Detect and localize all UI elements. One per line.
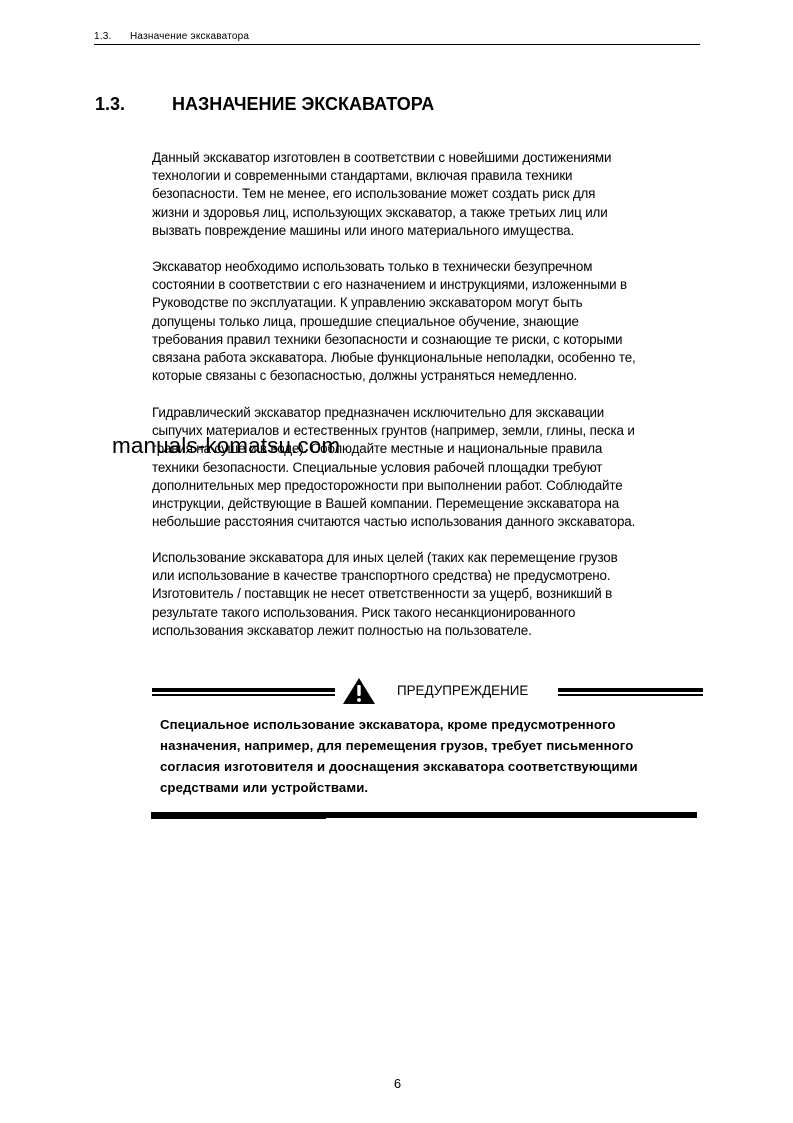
warning-line: назначения, например, для перемещения гр… (160, 735, 710, 756)
header-section-number: 1.3. (94, 30, 130, 44)
text-line: состоянии в соответствии с его назначени… (152, 276, 712, 294)
warning-rule-left (152, 688, 335, 692)
text-line: техники безопасности. Специальные услови… (152, 459, 712, 477)
text-line: небольшие расстояния считаются частью ис… (152, 513, 712, 531)
text-line: технологии и современными стандартами, в… (152, 167, 712, 185)
text-line: связана работа экскаватора. Любые функци… (152, 349, 712, 367)
text-line: безопасности. Тем не менее, его использо… (152, 185, 712, 203)
text-line: которые связаны с безопасностью, должны … (152, 367, 712, 385)
watermark: manuals-komatsu.com (112, 433, 340, 459)
running-header: 1.3.Назначение экскаватора (94, 30, 700, 45)
page-number: 6 (0, 1076, 793, 1092)
text-line: или использование в качестве транспортно… (152, 567, 712, 585)
text-line: жизни и здоровья лиц, использующих экска… (152, 204, 712, 222)
paragraph-4: Использование экскаватора для иных целей… (152, 549, 712, 640)
text-line: требования правил техники безопасности и… (152, 331, 712, 349)
section-title-text: НАЗНАЧЕНИЕ ЭКСКАВАТОРА (172, 94, 434, 114)
text-line: Изготовитель / поставщик не несет ответс… (152, 585, 712, 603)
paragraph-2: Экскаватор необходимо использовать тольк… (152, 258, 712, 385)
text-line: Экскаватор необходимо использовать тольк… (152, 258, 712, 276)
warning-rule-right (558, 688, 703, 692)
warning-header: ПРЕДУПРЕЖДЕНИЕ (152, 676, 703, 704)
text-line: результате такого использования. Риск та… (152, 604, 712, 622)
text-line: Гидравлический экскаватор предназначен и… (152, 404, 712, 422)
warning-line: согласия изготовителя и дооснащения экск… (160, 756, 710, 777)
section-number: 1.3. (95, 93, 172, 115)
warning-line: Специальное использование экскаватора, к… (160, 714, 710, 735)
warning-text: Специальное использование экскаватора, к… (160, 714, 710, 798)
warning-end-rule (151, 812, 697, 818)
warning-triangle-icon (342, 677, 376, 705)
paragraph-1: Данный экскаватор изготовлен в соответст… (152, 149, 712, 240)
warning-line: средствами или устройствами. (160, 777, 710, 798)
text-line: вызвать повреждение машины или иного мат… (152, 222, 712, 240)
text-line: допущены только лица, прошедшие специаль… (152, 313, 712, 331)
section-title: 1.3.НАЗНАЧЕНИЕ ЭКСКАВАТОРА (95, 93, 434, 115)
text-line: Данный экскаватор изготовлен в соответст… (152, 149, 712, 167)
header-section-title: Назначение экскаватора (130, 31, 249, 42)
text-line: использования экскаватор лежит полностью… (152, 622, 712, 640)
text-line: Использование экскаватора для иных целей… (152, 549, 712, 567)
text-line: инструкции, действующие в Вашей компании… (152, 495, 712, 513)
paragraph-3: Гидравлический экскаватор предназначен и… (152, 404, 712, 531)
text-line: Руководстве по эксплуатации. К управлени… (152, 294, 712, 312)
warning-label: ПРЕДУПРЕЖДЕНИЕ (397, 683, 528, 699)
text-line: дополнительных мер предосторожности при … (152, 477, 712, 495)
